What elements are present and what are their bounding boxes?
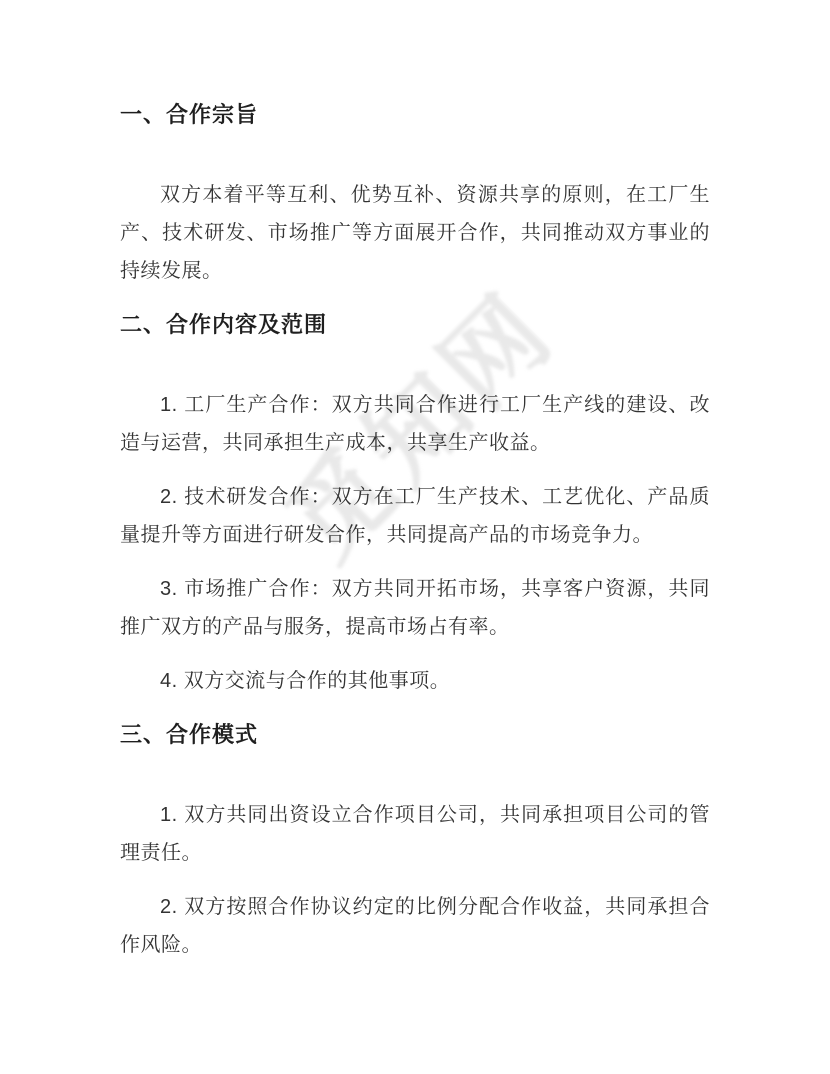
paragraph: 双方本着平等互利、优势互补、资源共享的原则，在工厂生产、技术研发、市场推广等方面… — [120, 176, 710, 290]
paragraph: 1. 工厂生产合作：双方共同合作进行工厂生产线的建设、改造与运营，共同承担生产成… — [120, 386, 710, 462]
section-heading: 三、合作模式 — [120, 720, 710, 750]
paragraph: 3. 市场推广合作：双方共同开拓市场，共享客户资源，共同推广双方的产品与服务，提… — [120, 570, 710, 646]
document-body: 一、合作宗旨 双方本着平等互利、优势互补、资源共享的原则，在工厂生产、技术研发、… — [120, 100, 710, 964]
paragraph: 2. 双方按照合作协议约定的比例分配合作收益，共同承担合作风险。 — [120, 888, 710, 964]
paragraph: 1. 双方共同出资设立合作项目公司，共同承担项目公司的管理责任。 — [120, 796, 710, 872]
paragraph: 4. 双方交流与合作的其他事项。 — [120, 662, 710, 700]
section: 三、合作模式 1. 双方共同出资设立合作项目公司，共同承担项目公司的管理责任。2… — [120, 720, 710, 964]
document-page: 觅知网 一、合作宗旨 双方本着平等互利、优势互补、资源共享的原则，在工厂生产、技… — [0, 0, 830, 1074]
section: 一、合作宗旨 双方本着平等互利、优势互补、资源共享的原则，在工厂生产、技术研发、… — [120, 100, 710, 290]
paragraph: 2. 技术研发合作：双方在工厂生产技术、工艺优化、产品质量提升等方面进行研发合作… — [120, 478, 710, 554]
section-heading: 一、合作宗旨 — [120, 100, 710, 130]
section-heading: 二、合作内容及范围 — [120, 310, 710, 340]
section: 二、合作内容及范围 1. 工厂生产合作：双方共同合作进行工厂生产线的建设、改造与… — [120, 310, 710, 700]
